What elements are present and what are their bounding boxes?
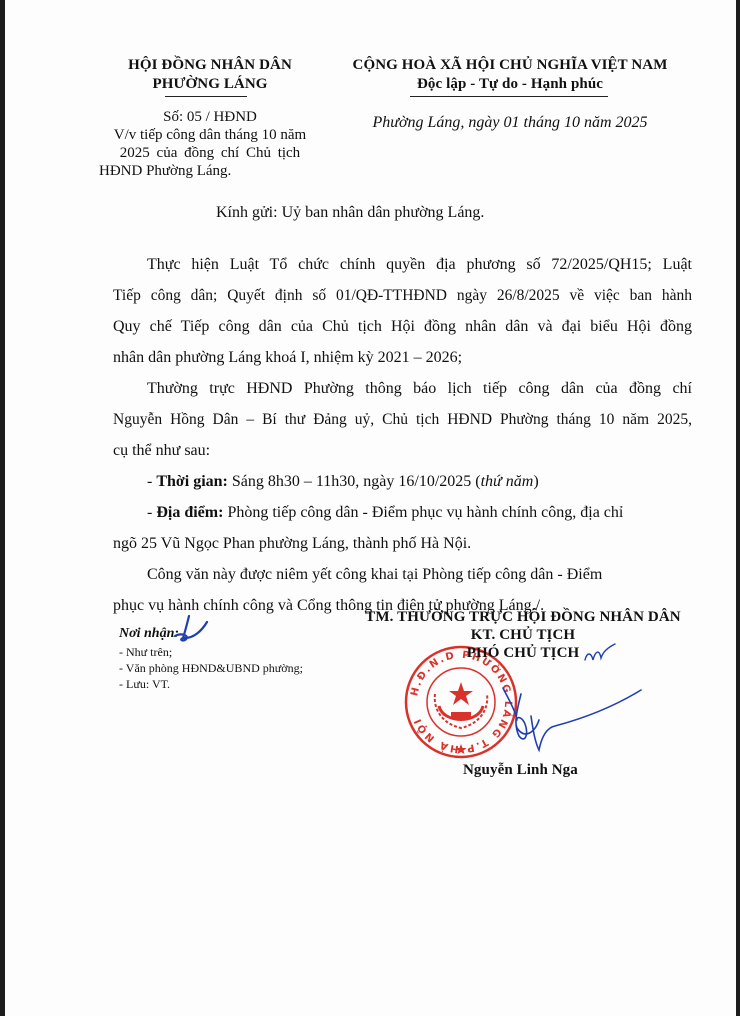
motto-underline — [410, 96, 608, 97]
place-date: Phường Láng, ngày 01 tháng 10 năm 2025 — [330, 114, 690, 132]
recipient-item: - Văn phòng HĐND&UBND phường; — [119, 661, 303, 676]
schedule-location: - Địa điểm: Phòng tiếp công dân - Điểm p… — [147, 504, 623, 522]
document-number: Số: 05 / HĐND — [105, 109, 315, 126]
location-line2: ngõ 25 Vũ Ngọc Phan phường Láng, thành p… — [113, 535, 471, 553]
time-value: Sáng 8h30 – 11h30, ngày 16/10/2025 ( — [228, 473, 481, 490]
body-paragraph-2-line: Thường trực HĐND Phường thông báo lịch t… — [147, 380, 692, 398]
time-weekday: thứ năm — [481, 473, 534, 490]
handwritten-signature-icon — [495, 680, 645, 760]
initial-signature-icon — [171, 614, 215, 646]
location-dash: - — [147, 504, 156, 521]
body-paragraph-3-line: Công văn này được niêm yết công khai tại… — [147, 566, 602, 584]
location-label: Địa điểm: — [156, 504, 223, 521]
body-paragraph-1-line: Thực hiện Luật Tổ chức chính quyền địa p… — [147, 256, 692, 274]
document-page: HỘI ĐỒNG NHÂN DÂN PHƯỜNG LÁNG Số: 05 / H… — [5, 0, 736, 1016]
recipient-line: Kính gửi: Uỷ ban nhân dân phường Láng. — [216, 204, 484, 222]
location-value: Phòng tiếp công dân - Điểm phục vụ hành … — [223, 504, 623, 521]
recipient-item: - Như trên; — [119, 645, 172, 660]
body-paragraph-2-line: Nguyễn Hồng Dân – Bí thư Đảng uỷ, Chủ tị… — [113, 411, 692, 429]
schedule-time: - Thời gian: Sáng 8h30 – 11h30, ngày 16/… — [147, 473, 539, 491]
body-paragraph-1-line: Quy chế Tiếp công dân của Chủ tịch Hội đ… — [113, 318, 692, 336]
national-motto: Độc lập - Tự do - Hạnh phúc — [330, 76, 690, 93]
body-paragraph-1-line: nhân dân phường Láng khoá I, nhiệm kỳ 20… — [113, 349, 462, 367]
signature-role-line: KT. CHỦ TỊCH — [353, 627, 693, 644]
org-name-line1: HỘI ĐỒNG NHÂN DÂN — [105, 57, 315, 74]
document-subject: V/v tiếp công dân tháng 10 năm 2025 của … — [97, 126, 323, 180]
time-dash: - — [147, 473, 156, 490]
signature-org-line: TM. THƯỜNG TRỰC HỘI ĐỒNG NHÂN DÂN — [353, 609, 693, 626]
national-title: CỘNG HOÀ XÃ HỘI CHỦ NGHĨA VIỆT NAM — [330, 57, 690, 74]
body-paragraph-2-line: cụ thể như sau: — [113, 442, 210, 460]
signature-title-line: PHÓ CHỦ TỊCH — [353, 645, 693, 662]
subject-line: HĐND Phường Láng. — [97, 162, 323, 180]
initial-mark-icon — [583, 642, 617, 664]
recipient-item: - Lưu: VT. — [119, 677, 170, 692]
body-paragraph-1-line: Tiếp công dân; Quyết định số 01/QĐ-TTHĐN… — [113, 287, 692, 305]
org-name-line2: PHƯỜNG LÁNG — [105, 76, 315, 93]
org-underline — [165, 96, 247, 97]
subject-line: V/v tiếp công dân tháng 10 năm — [97, 126, 323, 144]
time-label: Thời gian: — [156, 473, 228, 490]
subject-line: 2025 của đồng chí Chủ tịch — [97, 144, 323, 162]
signer-name: Nguyễn Linh Nga — [463, 762, 578, 779]
time-close: ) — [533, 473, 538, 490]
